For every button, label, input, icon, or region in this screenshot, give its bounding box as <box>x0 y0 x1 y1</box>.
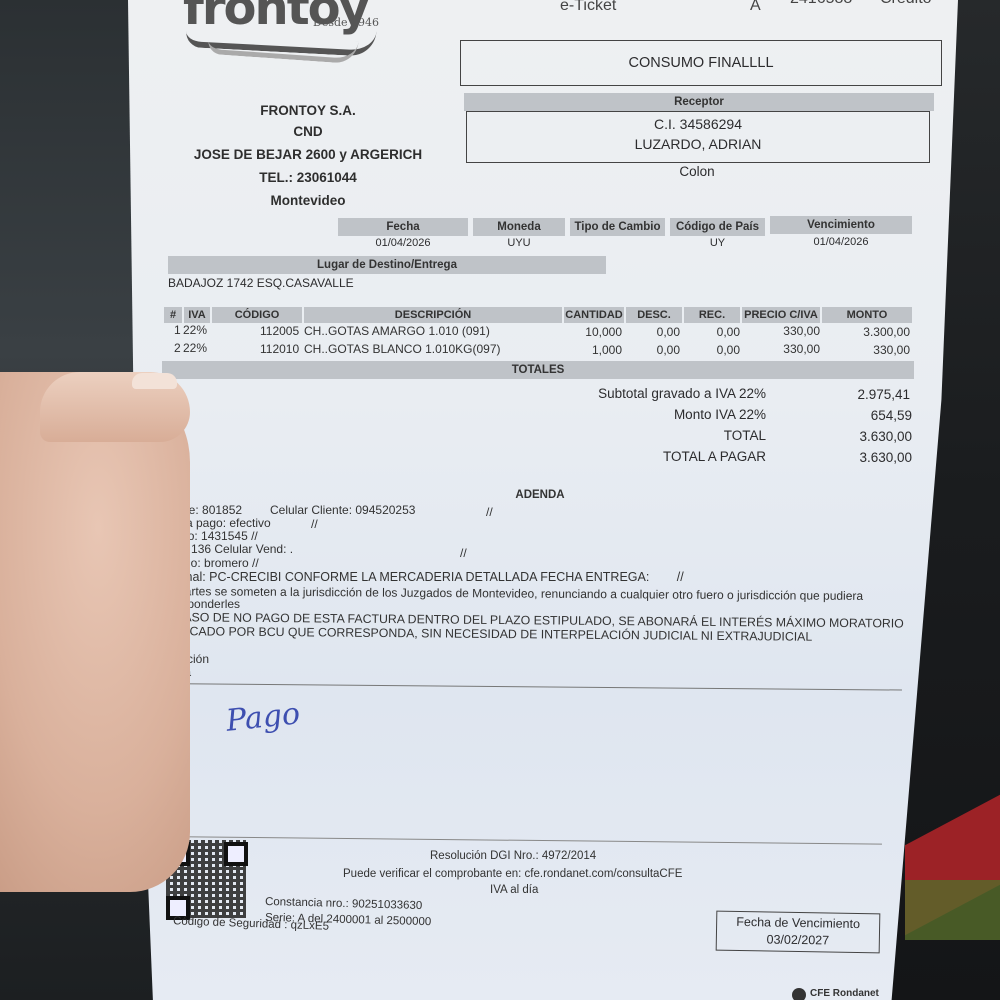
doc-number: 2416588 <box>790 0 852 8</box>
item-desc: CH..GOTAS BLANCO 1.010KG(097) <box>304 342 501 356</box>
adenda-label: ADENDA <box>500 486 580 504</box>
total-line-label: Monto IVA 22% <box>426 407 766 422</box>
total-line-label: TOTAL A PAGAR <box>426 449 766 464</box>
item-rec: 0,00 <box>684 325 740 339</box>
info-vencimiento: 01/04/2026 <box>770 236 912 248</box>
total-line-value: 3.630,00 <box>792 429 912 444</box>
info-header-moneda: Moneda <box>473 218 565 236</box>
info-header-fecha: Fecha <box>338 218 468 236</box>
adenda-separator: // <box>486 505 493 519</box>
emisor-city: Montevideo <box>188 193 428 208</box>
receptor-name: LUZARDO, ADRIAN <box>467 136 929 152</box>
info-codigo-pais: UY <box>670 237 765 249</box>
receptor-label: Receptor <box>464 93 934 111</box>
emisor-phone: TEL.: 23061044 <box>188 170 428 185</box>
info-header-tipo-cambio: Tipo de Cambio <box>570 218 665 236</box>
doc-serie: A <box>750 0 761 15</box>
doc-type: e-Ticket <box>560 0 616 15</box>
adenda-separator: // <box>677 570 684 584</box>
vencimiento-label: Fecha de Vencimiento <box>717 915 879 932</box>
item-code: 112005 <box>260 324 299 338</box>
consumer-type-box: CONSUMO FINALLLL <box>460 40 942 86</box>
footer-verificar: Puede verificar el comprobante en: cfe.r… <box>343 868 682 880</box>
total-line-value: 2.975,41 <box>790 387 910 402</box>
adenda-celular-cliente: Celular Cliente: 094520253 <box>270 503 415 517</box>
total-line-value: 3.630,00 <box>792 450 912 465</box>
emisor-name: FRONTOY S.A. <box>188 103 428 118</box>
items-header-monto: MONTO <box>822 307 912 323</box>
totals-label: TOTALES <box>162 361 914 379</box>
item-amount: 330,00 <box>822 343 910 357</box>
adenda-terminal: Terminal: PC-CRECIBI CONFORME LA MERCADE… <box>155 570 684 584</box>
adenda-terminal-text: Terminal: PC-CRECIBI CONFORME LA MERCADE… <box>155 570 649 584</box>
payment-condition: Crédito <box>880 0 932 8</box>
receptor-box: C.I. 34586294 LUZARDO, ADRIAN <box>466 111 930 163</box>
items-header-num: # <box>164 307 182 323</box>
adenda-jurisdiccion-1: Las Partes se someten a la jurisdicción … <box>154 584 863 603</box>
adenda-separator: // <box>311 517 318 531</box>
total-line-value: 654,59 <box>792 408 912 423</box>
items-header-rec: REC. <box>684 307 740 323</box>
item-qty: 10,000 <box>564 325 622 339</box>
item-qty: 1,000 <box>564 343 622 357</box>
item-num: 1 <box>174 323 181 337</box>
item-code: 112010 <box>260 342 299 356</box>
handwritten-note: Pago <box>224 696 301 739</box>
vencimiento-value: 03/02/2027 <box>717 932 879 949</box>
item-rec: 0,00 <box>684 343 740 357</box>
hand <box>0 372 190 892</box>
items-header-cantidad: CANTIDAD <box>564 307 624 323</box>
qr-finder-icon <box>224 842 248 866</box>
destino-value: BADAJOZ 1742 ESQ.CASAVALLE <box>168 276 354 290</box>
brand-tagline: Desde 1946 <box>313 16 379 29</box>
items-header-desc: DESC. <box>626 307 682 323</box>
info-fecha: 01/04/2026 <box>338 237 468 249</box>
info-header-vencimiento: Vencimiento <box>770 216 912 234</box>
info-header-codigo-pais: Código de País <box>670 218 765 236</box>
items-header-precio: PRECIO C/IVA <box>742 307 820 323</box>
background-green-object <box>905 880 1000 940</box>
item-amount: 3.300,00 <box>822 325 910 339</box>
item-iva: 22% <box>183 323 207 337</box>
item-disc: 0,00 <box>626 343 680 357</box>
receptor-locality: Colon <box>466 164 928 179</box>
items-header-descripcion: DESCRIPCIÓN <box>304 307 562 323</box>
rondanet-logo-icon <box>792 988 806 1000</box>
item-disc: 0,00 <box>626 325 680 339</box>
destino-label: Lugar de Destino/Entrega <box>168 256 606 274</box>
item-num: 2 <box>174 341 181 355</box>
footer-iva: IVA al día <box>490 884 538 896</box>
item-desc: CH..GOTAS AMARGO 1.010 (091) <box>304 324 490 338</box>
consumer-type: CONSUMO FINALLLL <box>461 41 941 85</box>
vencimiento-box: Fecha de Vencimiento 03/02/2027 <box>716 911 881 954</box>
total-line-label: Subtotal gravado a IVA 22% <box>426 386 766 401</box>
items-header-codigo: CÓDIGO <box>212 307 302 323</box>
footer-divider <box>156 836 882 845</box>
item-iva: 22% <box>183 341 207 355</box>
info-moneda: UYU <box>473 237 565 249</box>
emisor-address: JOSE DE BEJAR 2600 y ARGERICH <box>168 147 448 162</box>
footer-constancia: Constancia nro.: 90251033630 <box>265 896 423 912</box>
items-header-iva: IVA <box>184 307 210 323</box>
receipt-paper: frontoy Desde 1946 e-Ticket A 2416588 Cr… <box>128 0 958 1000</box>
adenda-separator: // <box>460 546 467 560</box>
total-line-label: TOTAL <box>426 428 766 443</box>
receptor-id: C.I. 34586294 <box>467 116 929 132</box>
footer-resolucion: Resolución DGI Nro.: 4972/2014 <box>430 850 596 862</box>
item-price: 330,00 <box>742 342 820 356</box>
thumbnail <box>132 373 177 389</box>
provider-name: CFE Rondanet <box>810 988 879 999</box>
item-price: 330,00 <box>742 324 820 338</box>
signature-line <box>152 683 902 691</box>
emisor-cnd: CND <box>188 124 428 139</box>
